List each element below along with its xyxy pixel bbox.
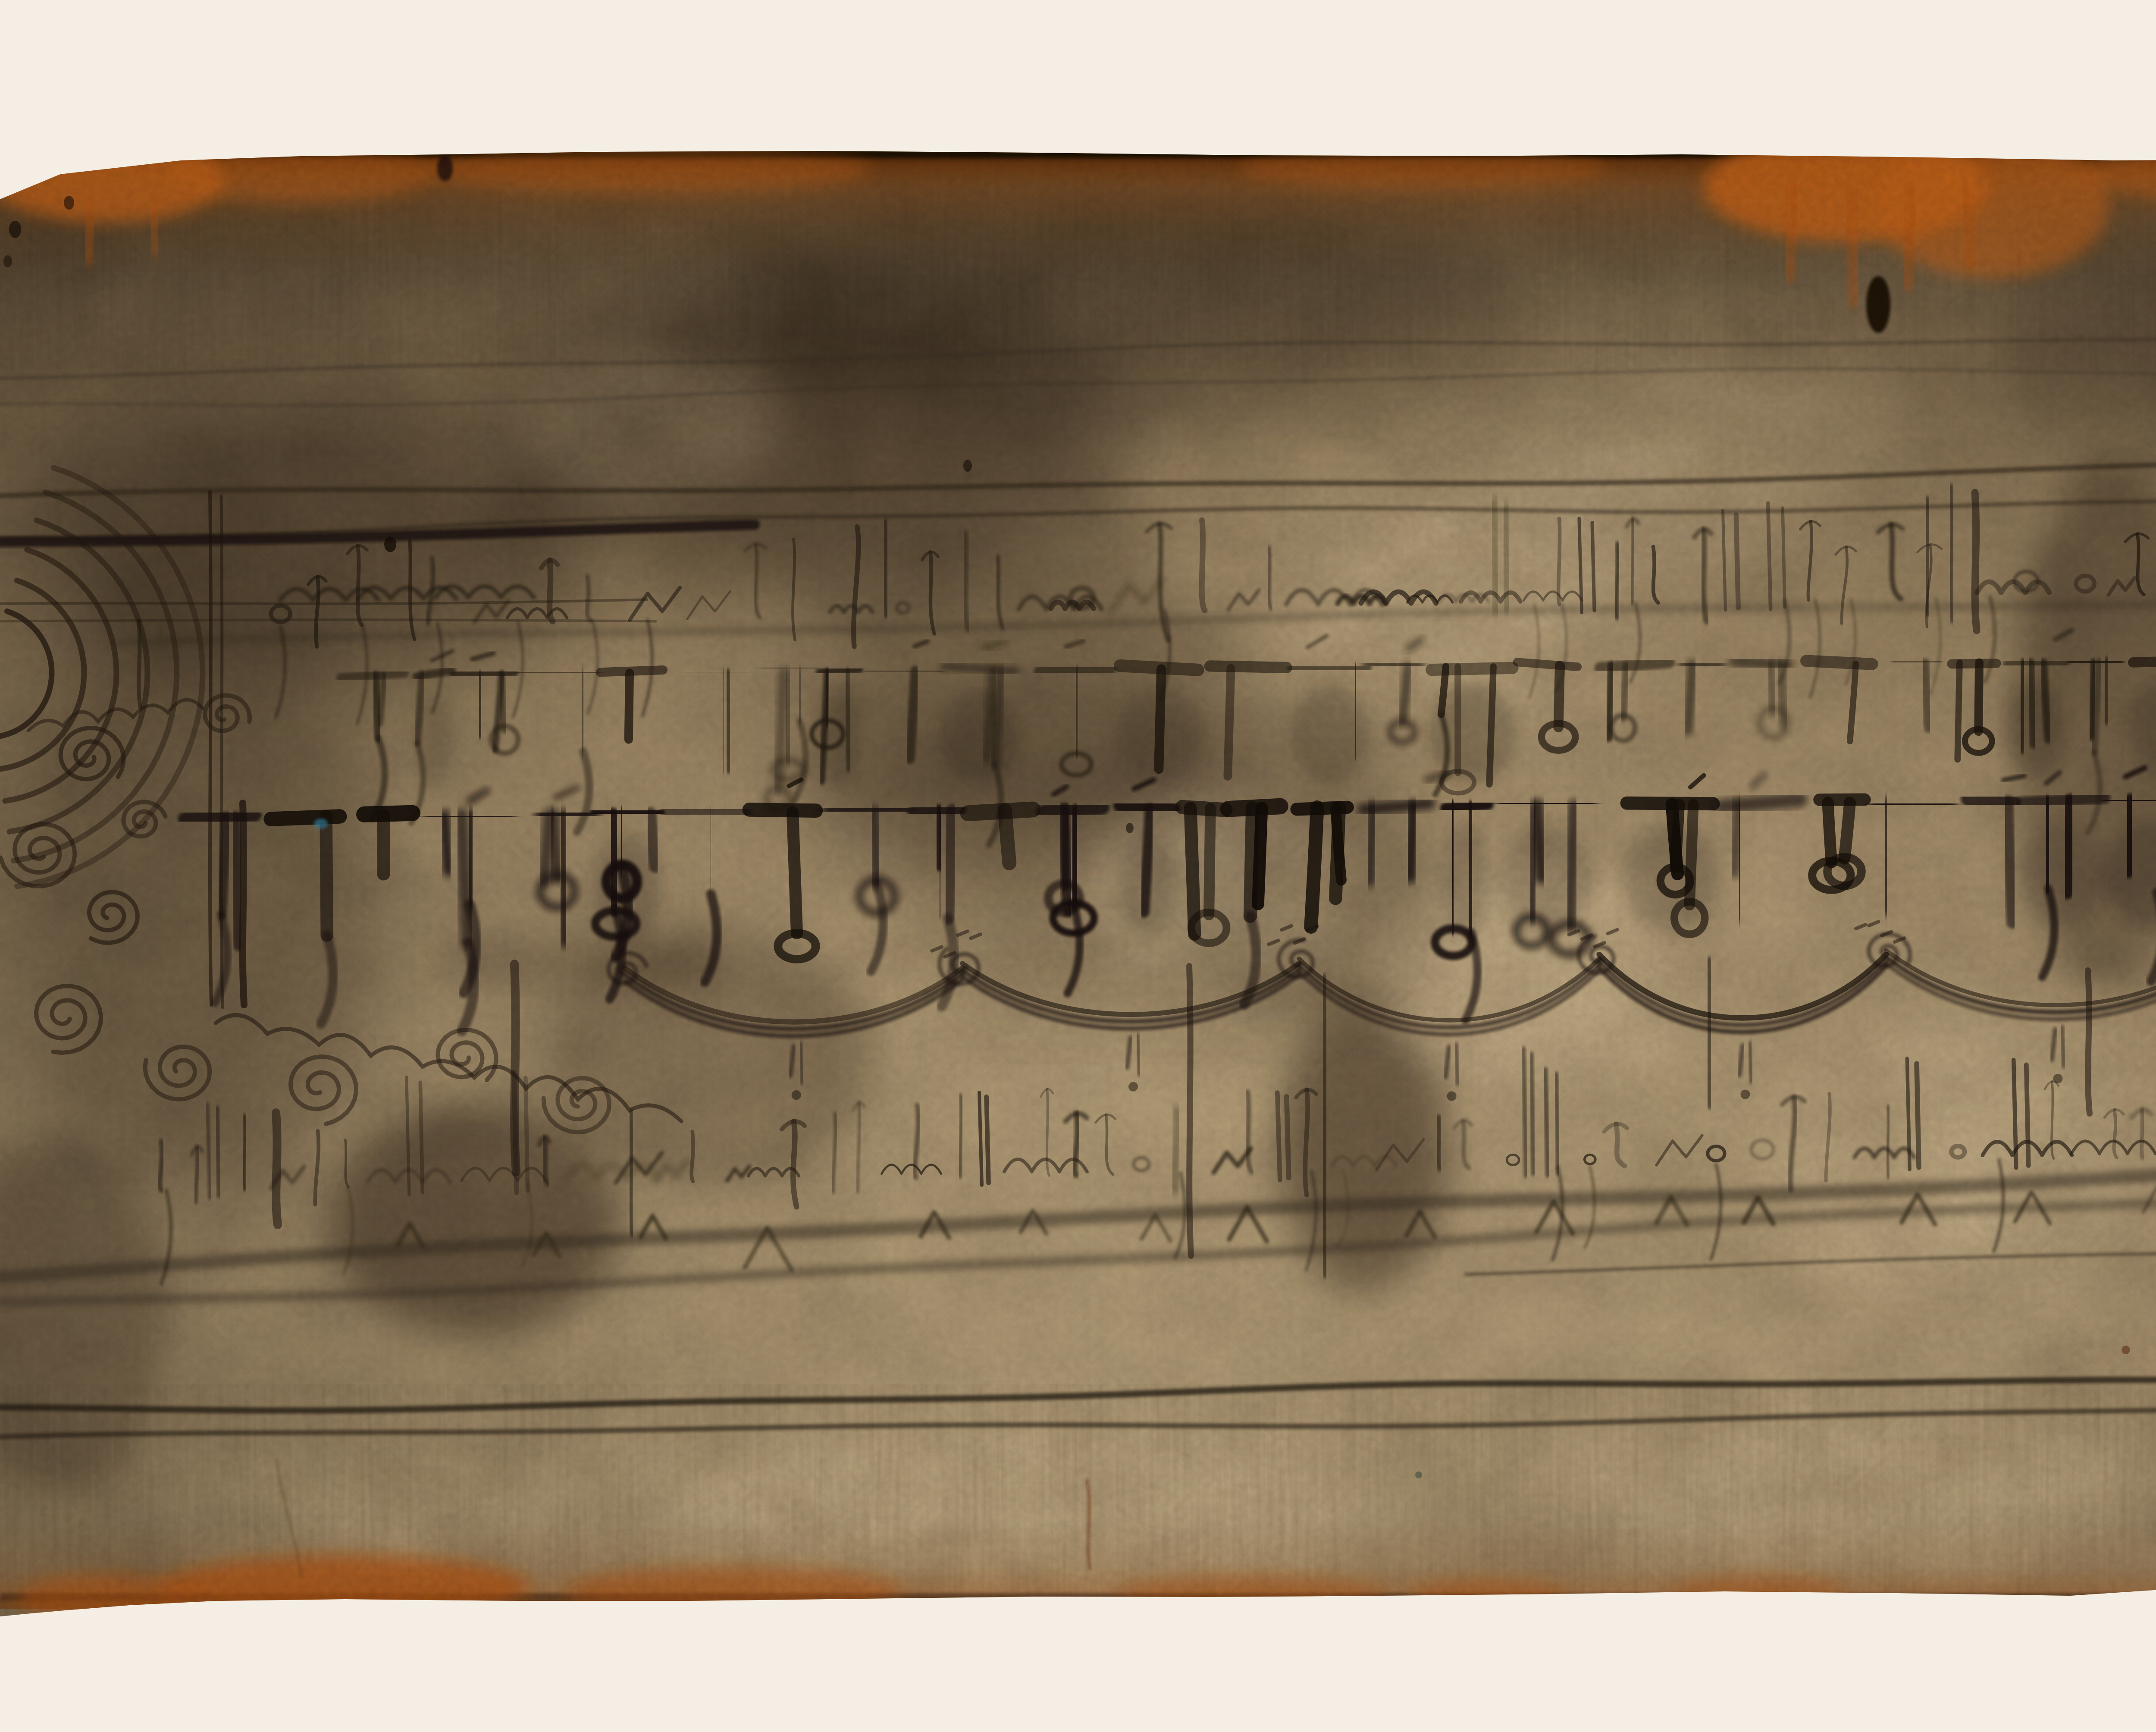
paper-grain-texture <box>0 0 2156 1732</box>
manuscript-photo <box>0 0 2156 1732</box>
leaf-content <box>0 0 2156 1732</box>
manuscript-artwork <box>0 0 2156 1732</box>
